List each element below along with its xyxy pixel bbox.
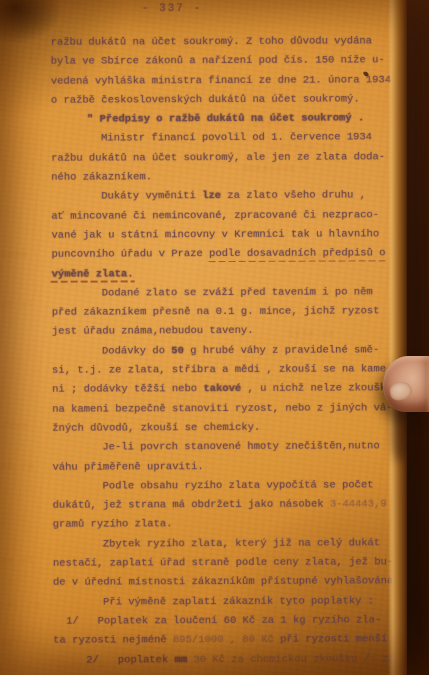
- text-line: " Předpisy o ražbě dukátů na účet soukro…: [51, 112, 401, 133]
- text-segment: si, t.j. ze zlata, stříbra a mědi , zkou…: [52, 363, 392, 376]
- text-line: Podle obsahu ryzího zlata vypočítá se po…: [53, 479, 403, 500]
- text-line: gramů ryzího zlata.: [53, 518, 403, 539]
- text-segment: ražbu dukátů na účet soukromý. Z toho dů…: [51, 35, 372, 48]
- dark-background-strip: [407, 0, 429, 675]
- text-segment: ražbu dukátů na účet soukromý, ale jen z…: [51, 151, 385, 164]
- text-line: 2/ poplatek mm 30 Kč za chemickou zkoušk…: [53, 653, 403, 674]
- text-segment: před zákazníkem přesně na 0.1 g. mince, …: [52, 305, 380, 318]
- corner-shadow: [0, 0, 62, 44]
- bleed-through-text: ovalo se ve: [252, 118, 326, 129]
- text-line: ražbu dukátů na účet soukromý. Z toho dů…: [51, 35, 401, 56]
- text-line: váhu přiměřeně upraviti.: [52, 460, 402, 481]
- bleed-through-text: me zl: [1, 555, 35, 566]
- text-line: Dukáty vyměniti lze za zlato všeho druhu…: [51, 190, 401, 211]
- text-line: o ražbě československých dukátů na účet …: [51, 93, 401, 114]
- text-segment: g hrubé váhy z pravidelné smě-: [184, 344, 379, 357]
- bleed-through-text: vyhlá: [296, 477, 330, 488]
- text-line: Ministr financí povolil od 1. července 1…: [51, 132, 401, 153]
- text-line: ta ryzosti nejméně 895/1000 , 80 Kč při …: [53, 633, 403, 654]
- document-page: - 337 - ražbu dukátů na účet soukromý. Z…: [0, 0, 407, 675]
- text-line: Je-li povrch stanovené hmoty znečištěn,n…: [52, 440, 402, 461]
- bleed-through-text: tyla ve: [288, 328, 335, 339]
- text-segment: ného zákazníkem.: [51, 171, 152, 183]
- bleed-through-text: dukátové m: [242, 163, 309, 174]
- text-segment: Dukáty vyměniti: [101, 190, 202, 202]
- text-segment: dukátů, jež strana má obdržeti jako náso…: [53, 499, 330, 512]
- text-segment: Při výměně zaplatí zákazník tyto poplatk…: [103, 595, 374, 608]
- text-segment: Dodané zlato se zváží před tavením i po …: [102, 286, 373, 299]
- text-segment: byla ve Sbírce zákonů a nařízení pod čís…: [51, 55, 385, 68]
- text-line: na kameni bezpečně stanoviti ryzost, neb…: [52, 402, 402, 423]
- text-segment: puncovního úřadu v Praze: [52, 248, 210, 261]
- text-line: vané jak u státní mincovny v Kremnici ta…: [51, 228, 401, 249]
- bleed-through-text: př zl: [1, 299, 35, 310]
- text-segment: na kameni bezpečně stanoviti ryzost, neb…: [52, 402, 392, 415]
- text-line: ni ; dodávky těžší nebo takové , u nichž…: [52, 383, 402, 404]
- text-segment: výměně zlata.: [52, 268, 134, 280]
- text-line: jest úřadu známa,nebudou taveny.: [52, 325, 402, 346]
- typewritten-text-block: ražbu dukátů na účet soukromý. Z toho dů…: [51, 35, 404, 673]
- text-segment: 50: [171, 345, 184, 357]
- text-line: dukátů, jež strana má obdržeti jako náso…: [53, 498, 403, 519]
- text-segment: 30 Kč za chemickou zkoušku /: za: [187, 653, 395, 666]
- text-line: před zákazníkem přesně na 0.1 g. mince, …: [52, 305, 402, 326]
- photo-frame: - 337 - ražbu dukátů na účet soukromý. Z…: [0, 0, 429, 675]
- bleed-through-text: né v: [58, 207, 85, 218]
- text-segment: vedená vyhláška ministra financí ze dne …: [51, 74, 391, 87]
- bleed-through-text: vede: [1, 249, 28, 260]
- text-segment: ni ; dodávky těžší nebo: [52, 383, 203, 396]
- text-segment: 895/1000 , 80 Kč: [173, 634, 274, 646]
- page-number: - 337 -: [52, 3, 292, 15]
- text-line: výměně zlata.: [52, 267, 402, 288]
- text-line: Dodávky do 50 g hrubé váhy z pravidelné …: [52, 344, 402, 365]
- text-line: Při výměně zaplatí zákazník tyto poplatk…: [53, 595, 403, 616]
- text-line: ného zákazníkem.: [51, 170, 401, 191]
- bleed-through-text: bern: [1, 637, 28, 648]
- bleed-through-text: kč ra: [1, 461, 35, 472]
- text-segment: váhu přiměřeně upraviti.: [52, 461, 203, 474]
- text-line: Zbytek ryzího zlata, který již na celý d…: [53, 537, 403, 558]
- text-segment: nestačí, zaplatí úřad straně podle ceny …: [53, 556, 393, 569]
- text-line: ražbu dukátů na účet soukromý, ale jen z…: [51, 151, 401, 172]
- text-segment: Podle obsahu ryzího zlata vypočítá se po…: [103, 479, 374, 492]
- text-segment: ať mincované či nemincované, zpracované …: [51, 209, 379, 222]
- text-line: si, t.j. ze zlata, stříbra a mědi , zkou…: [52, 363, 402, 384]
- text-segment: 3·44443,9: [330, 498, 387, 510]
- text-line: ať mincované či nemincované, zpracované …: [51, 209, 401, 230]
- bleed-through-text: důvo: [1, 420, 28, 431]
- book-page-fore-edge: [388, 0, 407, 675]
- bleed-through-text: zlata v ra: [268, 141, 335, 152]
- text-segment: 1/ Poplatek za loučení 60 Kč za 1 kg ryz…: [66, 614, 381, 627]
- text-segment: mm: [175, 654, 188, 666]
- text-segment: takové: [203, 383, 241, 395]
- text-line: byla ve Sbírce zákonů a nařízení pod čís…: [51, 55, 401, 76]
- text-segment: , u nichž nelze zkouškou: [241, 383, 399, 396]
- text-segment: při ryzosti menší ;: [274, 633, 400, 646]
- text-segment: jest úřadu známa,nebudou taveny.: [52, 325, 254, 338]
- finger-shadow: [392, 404, 410, 462]
- text-line: de v úřední místnosti zákazníkům přístup…: [53, 576, 403, 597]
- bleed-through-text: podle n: [58, 660, 105, 671]
- text-segment: za zlato všeho druhu ,: [221, 190, 366, 203]
- text-line: Dodané zlato se zváží před tavením i po …: [52, 286, 402, 307]
- text-line: 1/ Poplatek za loučení 60 Kč za 1 kg ryz…: [53, 614, 403, 635]
- text-line: vedená vyhláška ministra financí ze dne …: [51, 74, 401, 95]
- finger-holding-page: [383, 356, 429, 412]
- text-segment: de v úřední místnosti zákazníkům přístup…: [53, 576, 400, 590]
- text-line: žných důvodů, zkouší se chemicky.: [52, 421, 402, 442]
- text-segment: lze: [202, 190, 221, 202]
- text-segment: gramů ryzího zlata.: [53, 519, 173, 532]
- text-segment: Zbytek ryzího zlata, který již na celý d…: [103, 537, 380, 550]
- bleed-through-text: na, ra: [1, 599, 41, 610]
- text-segment: o ražbě československých dukátů na účet …: [51, 93, 360, 106]
- text-segment: Je-li povrch stanovené hmoty znečištěn,n…: [102, 441, 379, 454]
- text-segment: žných důvodů, zkouší se chemicky.: [52, 422, 260, 435]
- text-segment: vané jak u státní mincovny v Kremnici ta…: [51, 228, 379, 241]
- text-segment: ta ryzosti nejméně: [53, 634, 173, 647]
- bleed-through-text: v důležit: [290, 252, 350, 263]
- text-segment: Dodávky do: [102, 345, 171, 357]
- text-line: nestačí, zaplatí úřad straně podle ceny …: [53, 556, 403, 577]
